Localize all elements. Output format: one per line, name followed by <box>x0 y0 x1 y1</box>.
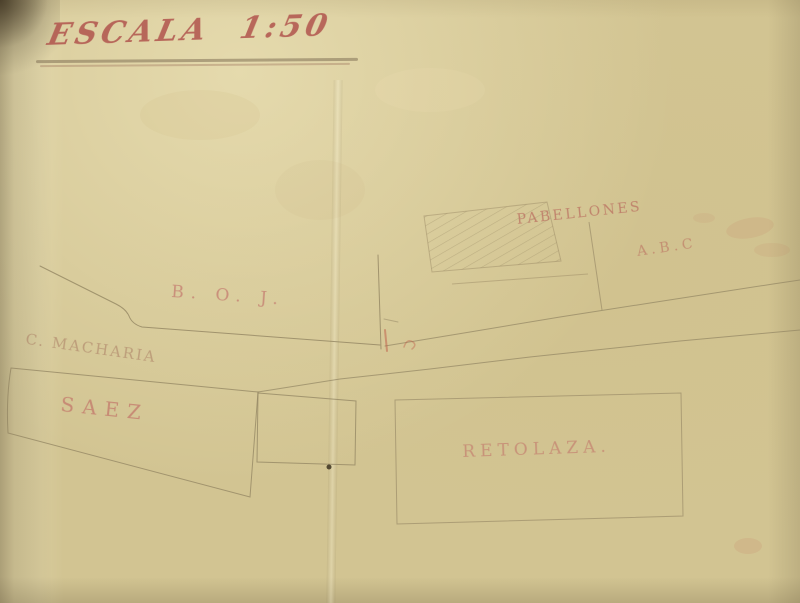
paper-photo: ESCALA 1:50 PABELLONES A.B.C B. O. J. C.… <box>0 0 800 603</box>
street-lines <box>258 280 800 392</box>
red-pencil-marks <box>385 330 415 351</box>
plan-drawing <box>0 0 800 603</box>
saez-parcel <box>7 368 356 497</box>
paper-stains <box>140 68 790 554</box>
